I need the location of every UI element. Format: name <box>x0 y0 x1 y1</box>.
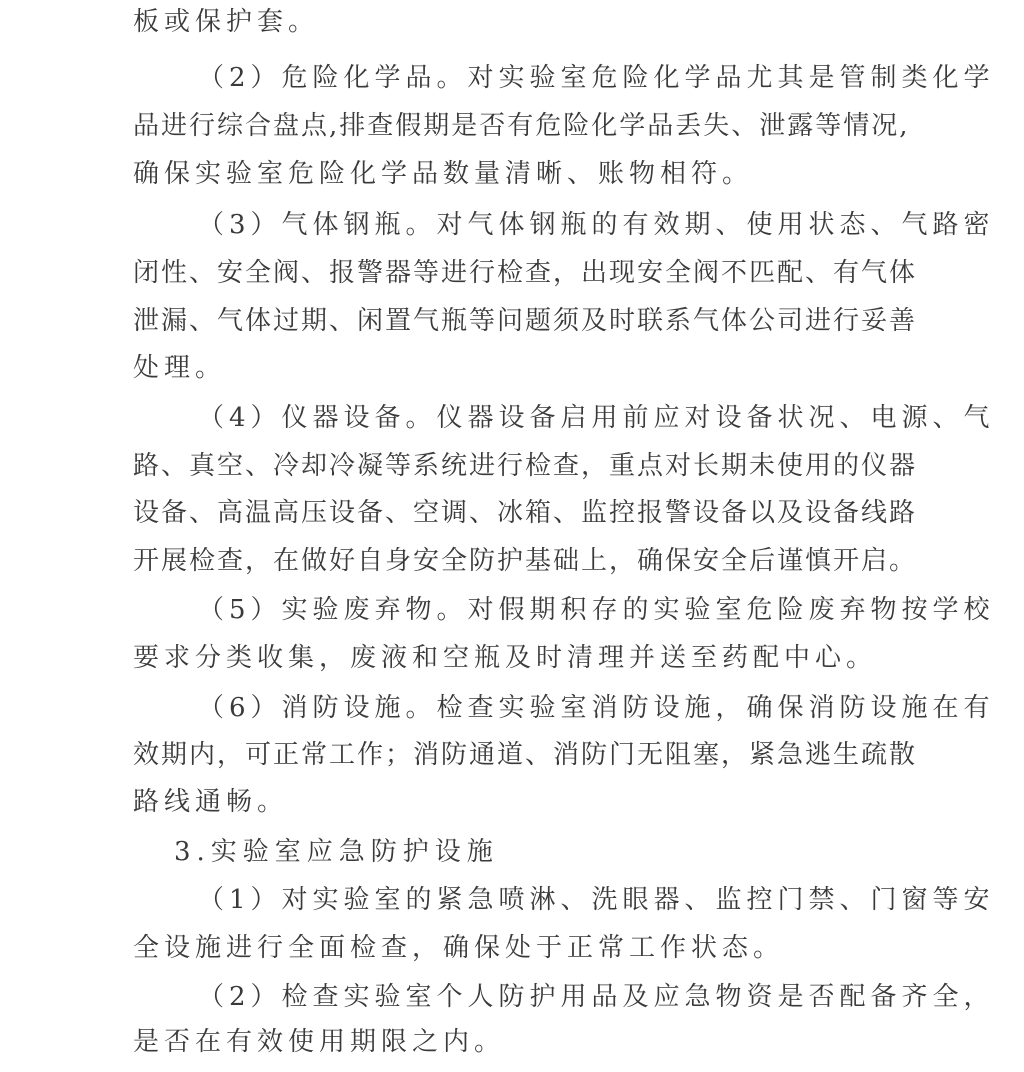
text-line: 开展检查，在做好自身安全防护基础上，确保安全后谨慎开启。 <box>133 541 893 581</box>
text-line: 设备、高温高压设备、空调、冰箱、监控报警设备以及设备线路 <box>133 493 893 533</box>
paragraph-hazardous-chemicals-line: （2）危险化学品。对实验室危险化学品尤其是管制类化学 <box>198 58 893 98</box>
paragraph-fire-facilities-line: （6）消防设施。检查实验室消防设施，确保消防设施在有 <box>198 688 893 728</box>
text-line: 要求分类收集，废液和空瓶及时清理并送至药配中心。 <box>133 638 893 678</box>
paragraph-gas-cylinders-line: （3）气体钢瓶。对气体钢瓶的有效期、使用状态、气路密 <box>198 205 893 245</box>
paragraph-protective-supplies-line: （2）检查实验室个人防护用品及应急物资是否配备齐全， <box>198 977 893 1017</box>
paragraph-instruments-line: （4）仪器设备。仪器设备启用前应对设备状况、电源、气 <box>198 398 893 438</box>
text-line: 闭性、安全阀、报警器等进行检查，出现安全阀不匹配、有气体 <box>133 253 893 293</box>
text-line: 泄漏、气体过期、闲置气瓶等问题须及时联系气体公司进行妥善 <box>133 301 893 341</box>
text-line: 是否在有效使用期限之内。 <box>133 1022 893 1062</box>
text-line: 确保实验室危险化学品数量清晰、账物相符。 <box>133 154 893 194</box>
paragraph-emergency-equipment-line: （1）对实验室的紧急喷淋、洗眼器、监控门禁、门窗等安 <box>198 880 893 920</box>
text-line: 板或保护套。 <box>133 2 893 42</box>
document-page: 板或保护套。 （2）危险化学品。对实验室危险化学品尤其是管制类化学 品进行综合盘… <box>0 0 1024 1072</box>
paragraph-lab-waste-line: （5）实验废弃物。对假期积存的实验室危险废弃物按学校 <box>198 590 893 630</box>
text-line: 全设施进行全面检查，确保处于正常工作状态。 <box>133 928 893 968</box>
section-heading-emergency-facilities: 3.实验室应急防护设施 <box>174 832 474 872</box>
text-line: 路线通畅。 <box>133 782 893 822</box>
text-line: 效期内，可正常工作；消防通道、消防门无阻塞，紧急逃生疏散 <box>133 735 893 775</box>
text-line: 品进行综合盘点,排查假期是否有危险化学品丢失、泄露等情况, <box>133 106 893 146</box>
text-line: 路、真空、冷却冷凝等系统进行检查，重点对长期未使用的仪器 <box>133 446 893 486</box>
text-line: 处理。 <box>133 348 893 388</box>
